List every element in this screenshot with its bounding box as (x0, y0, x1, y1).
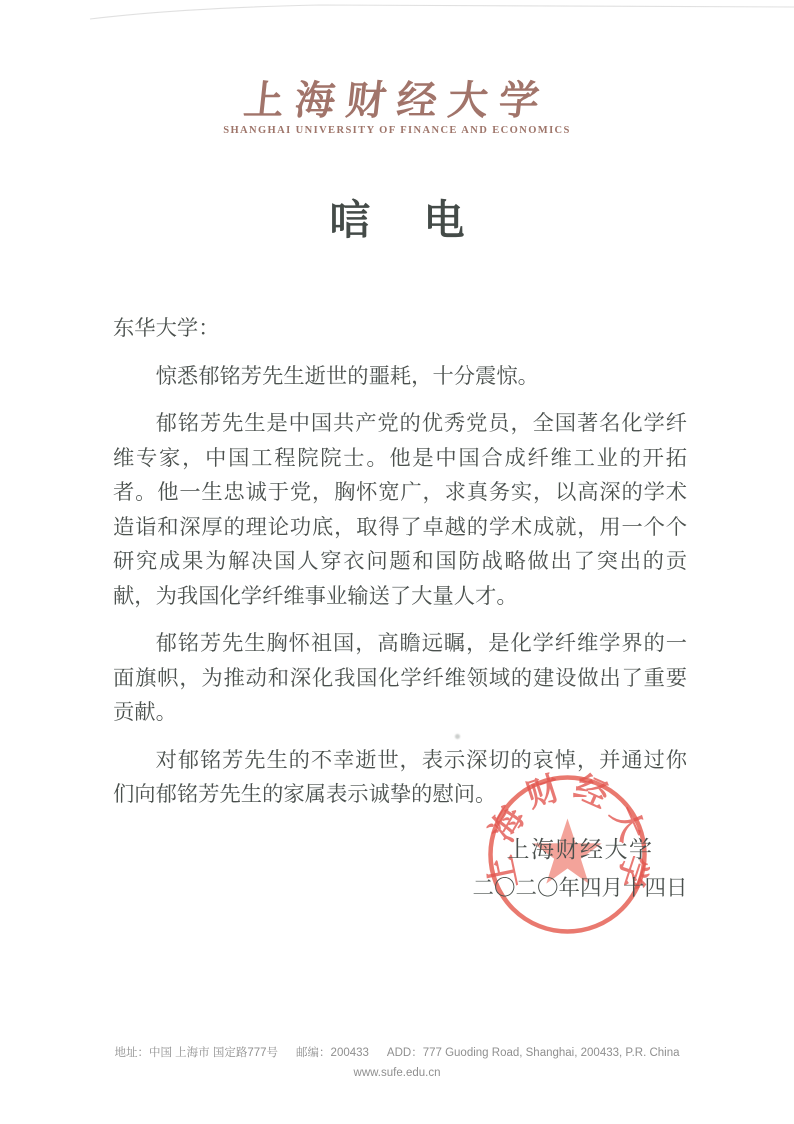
salutation: 东华大学： (113, 311, 687, 346)
title-char-2: 电 (424, 197, 465, 243)
letter-title: 唁电 (0, 196, 794, 244)
condolence-letter-page: 上海财经大学 SHANGHAI UNIVERSITY OF FINANCE AN… (0, 0, 794, 1124)
signature-organization: 上海财经大学 (430, 838, 730, 862)
paragraph-2: 郁铭芳先生是中国共产党的优秀党员，全国著名化学纤维专家，中国工程院院士。他是中国… (113, 406, 687, 613)
scan-speck (455, 734, 460, 739)
footer-contact-line: 地址：中国 上海市 国定路777号邮编：200433ADD：777 Guodin… (0, 1046, 794, 1061)
scan-artifact-line (0, 0, 794, 26)
footer-address-en: ADD：777 Guoding Road, Shanghai, 200433, … (387, 1047, 680, 1059)
paragraph-1: 惊悉郁铭芳先生逝世的噩耗，十分震惊。 (113, 359, 687, 394)
signature-block: 上海财经大学 二〇二〇年四月十四日 (430, 838, 730, 900)
title-char-1: 唁 (330, 197, 371, 243)
letter-body: 东华大学： 惊悉郁铭芳先生逝世的噩耗，十分震惊。 郁铭芳先生是中国共产党的优秀党… (113, 311, 687, 825)
paragraph-3: 郁铭芳先生胸怀祖国，高瞻远瞩，是化学纤维学界的一面旗帜，为推动和深化我国化学纤维… (113, 626, 687, 730)
footer-website: www.sufe.edu.cn (0, 1066, 794, 1081)
footer-address-cn: 地址：中国 上海市 国定路777号 (114, 1047, 278, 1059)
university-logo-calligraphy: 上海财经大学 (0, 80, 794, 122)
signature-date: 二〇二〇年四月十四日 (430, 876, 730, 900)
footer-postcode: 邮编：200433 (296, 1047, 369, 1059)
page-footer: 地址：中国 上海市 国定路777号邮编：200433ADD：777 Guodin… (0, 1046, 794, 1081)
university-logo-english: SHANGHAI UNIVERSITY OF FINANCE AND ECONO… (0, 125, 794, 136)
university-logo: 上海财经大学 SHANGHAI UNIVERSITY OF FINANCE AN… (0, 80, 794, 136)
